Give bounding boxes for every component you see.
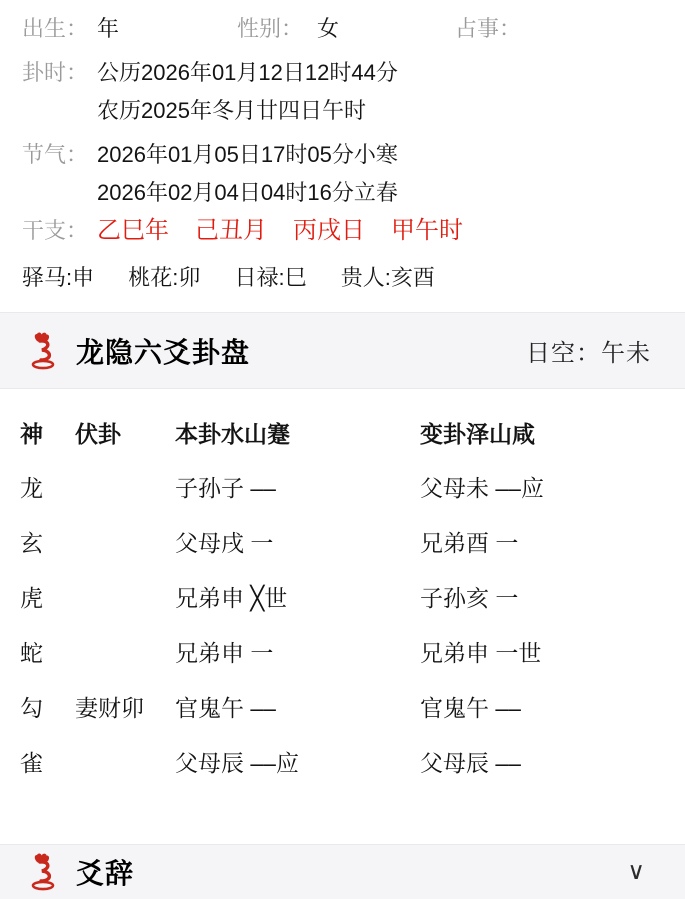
changed-hexagram-cell: 子孙亥 一: [420, 580, 685, 613]
changed-hexagram-cell: 兄弟申 一世: [420, 635, 685, 668]
table-row-line2: 勾 妻财卯 官鬼午 –– 官鬼午 ––: [20, 679, 685, 734]
table-row-line5: 玄 父母戌 一 兄弟酉 一: [20, 514, 685, 569]
matter-label: 占事：: [455, 12, 535, 43]
gender-value: 女: [317, 12, 455, 43]
hexagram-time-row: 卦时： 公历2026年01月12日12时44分 农历2025年冬月廿四日午时: [22, 54, 675, 130]
dragon-logo-icon: [28, 852, 58, 892]
table-row-line4: 虎 兄弟申 ╳世 子孙亥 一: [20, 569, 685, 624]
main-hexagram-cell: 父母辰 ––应: [175, 745, 420, 778]
panel-title: 龙隐六爻卦盘: [76, 331, 250, 371]
dragon-logo-icon: [28, 331, 58, 371]
birth-label: 出生：: [22, 12, 97, 43]
day-pillar: 丙戌日: [293, 212, 365, 250]
chevron-down-icon[interactable]: ∨: [627, 860, 657, 884]
gender-label: 性别：: [237, 12, 317, 43]
divination-info-section: 出生： 年 性别： 女 占事： 卦时： 公历2026年01月12日12时44分 …: [0, 0, 685, 297]
hexagram-table: 神 伏卦 本卦水山蹇 变卦泽山咸 龙 子孙子 –– 父母未 ––应 玄 父母戌 …: [0, 405, 685, 789]
birth-value: 年: [97, 12, 237, 43]
spirit-cell: 蛇: [20, 635, 75, 668]
table-row-line6: 龙 子孙子 –– 父母未 ––应: [20, 459, 685, 514]
month-pillar: 己丑月: [195, 212, 267, 250]
line-texts-section-header[interactable]: 爻辞 ∨: [0, 844, 685, 899]
hexagram-time-label: 卦时：: [22, 54, 97, 130]
changed-hexagram-cell: 兄弟酉 一: [420, 525, 685, 558]
table-row-line3: 蛇 兄弟申 一 兄弟申 一世: [20, 624, 685, 679]
travel-horse-star: 驿马:申: [22, 265, 94, 290]
gregorian-datetime: 公历2026年01月12日12时44分: [97, 54, 398, 92]
year-pillar: 乙巳年: [97, 212, 169, 250]
col-header-spirit: 神: [20, 416, 75, 449]
changed-hexagram-cell: 官鬼午 ––: [420, 690, 685, 723]
solar-term-next: 2026年02月04日04时16分立春: [97, 174, 398, 212]
table-header-row: 神 伏卦 本卦水山蹇 变卦泽山咸: [20, 405, 685, 459]
hidden-hexagram-cell: 妻财卯: [75, 690, 175, 723]
stems-branches-row: 干支： 乙巳年 己丑月 丙戌日 甲午时: [22, 212, 675, 250]
spirit-cell: 玄: [20, 525, 75, 558]
lunar-datetime: 农历2025年冬月廿四日午时: [97, 92, 398, 130]
main-hexagram-cell: 兄弟申 ╳世: [175, 580, 420, 613]
main-hexagram-cell: 兄弟申 一: [175, 635, 420, 668]
spirit-cell: 虎: [20, 580, 75, 613]
col-header-changed-hexagram: 变卦泽山咸: [420, 416, 685, 449]
line-texts-title: 爻辞: [76, 852, 134, 892]
hour-pillar: 甲午时: [391, 212, 463, 250]
solar-terms-label: 节气：: [22, 136, 97, 212]
spirit-cell: 雀: [20, 745, 75, 778]
birth-gender-matter-row: 出生： 年 性别： 女 占事：: [22, 0, 675, 54]
changed-hexagram-cell: 父母辰 ––: [420, 745, 685, 778]
main-hexagram-cell: 官鬼午 ––: [175, 690, 420, 723]
col-header-main-hexagram: 本卦水山蹇: [175, 416, 420, 449]
hexagram-panel-header: 龙隐六爻卦盘 日空：午未: [0, 312, 685, 389]
solar-term-prev: 2026年01月05日17时05分小寒: [97, 136, 398, 174]
solar-terms-row: 节气： 2026年01月05日17时05分小寒 2026年02月04日04时16…: [22, 136, 675, 212]
spirit-cell: 勾: [20, 690, 75, 723]
spirit-cell: 龙: [20, 470, 75, 503]
main-hexagram-cell: 子孙子 ––: [175, 470, 420, 503]
shensha-row: 驿马:申 桃花:卯 日禄:巳 贵人:亥酉: [22, 259, 675, 297]
peach-blossom-star: 桃花:卯: [128, 265, 200, 290]
changed-hexagram-cell: 父母未 ––应: [420, 470, 685, 503]
day-salary-star: 日禄:巳: [235, 265, 307, 290]
day-void-value: 日空：午未: [526, 333, 657, 368]
col-header-hidden-hexagram: 伏卦: [75, 416, 175, 449]
table-row-line1: 雀 父母辰 ––应 父母辰 ––: [20, 734, 685, 789]
noble-person-star: 贵人:亥酉: [341, 265, 435, 290]
main-hexagram-cell: 父母戌 一: [175, 525, 420, 558]
stems-branches-label: 干支：: [22, 212, 97, 250]
